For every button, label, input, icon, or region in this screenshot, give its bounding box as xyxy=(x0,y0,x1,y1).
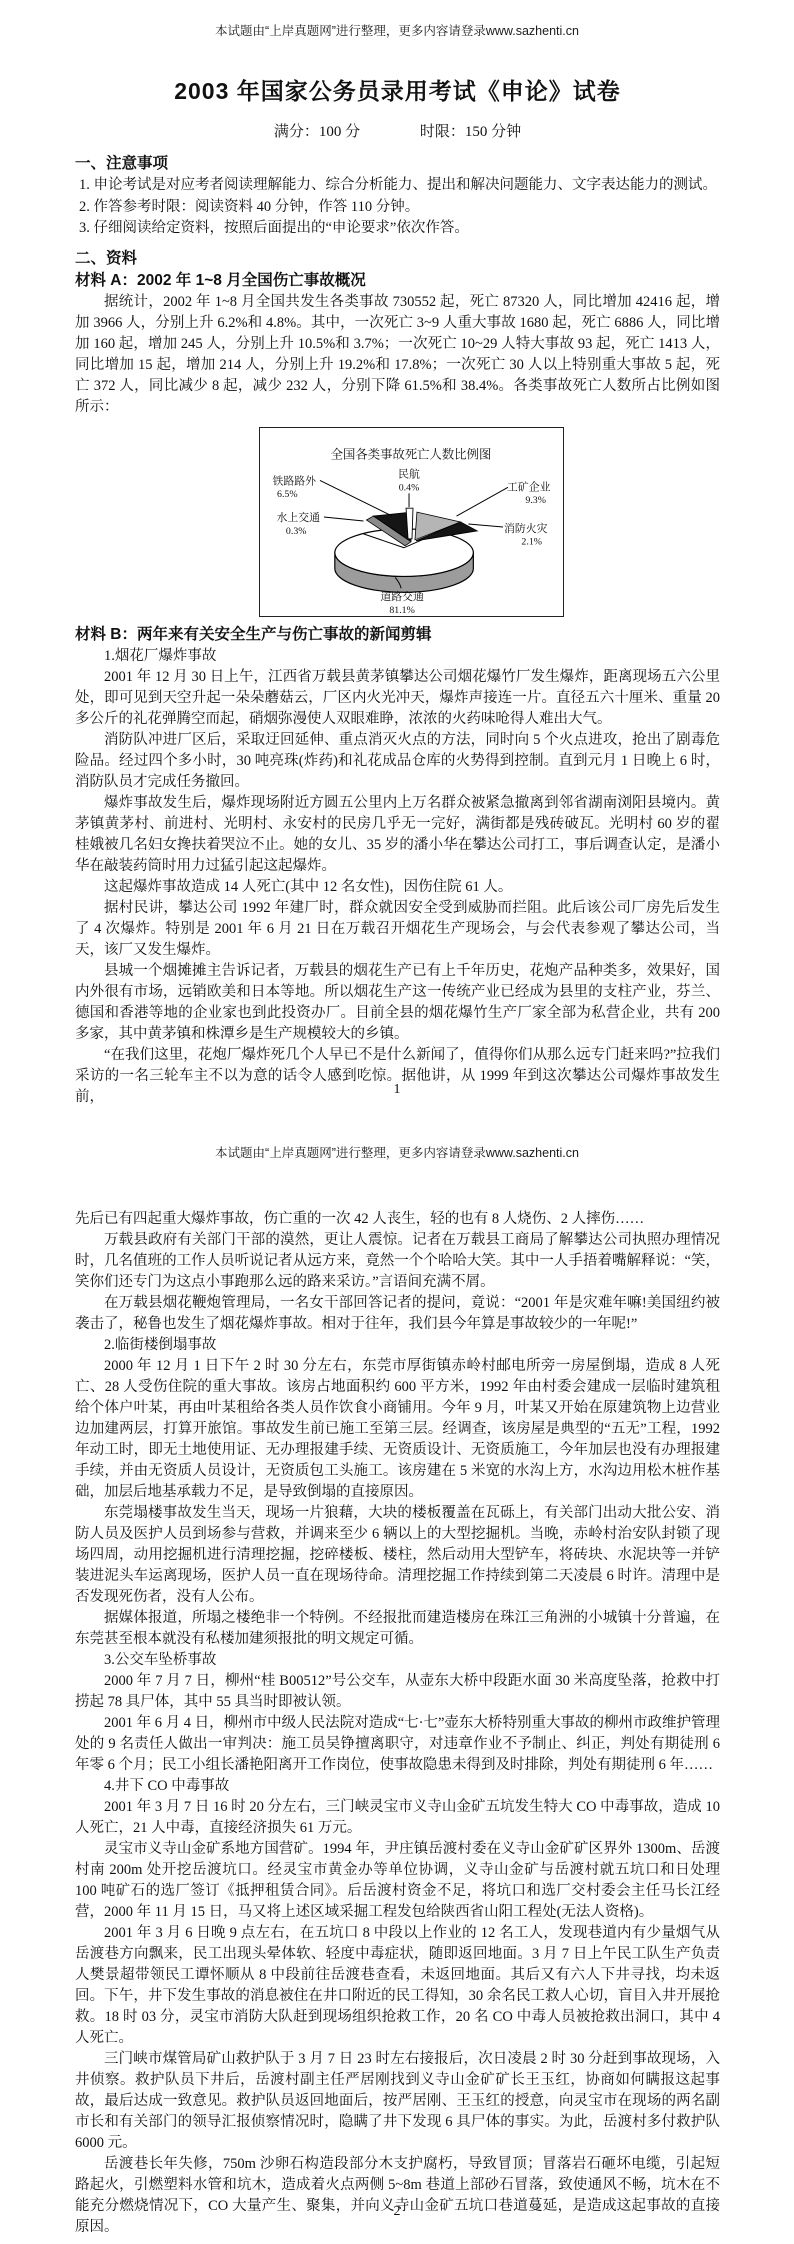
notice-heading: 一、注意事项 xyxy=(75,153,720,175)
story-1-paragraph: 据村民讲，攀达公司 1992 年建厂时，群众就因安全受到威胁而拦阻。此后该公司厂… xyxy=(75,898,720,961)
leader-line-fire xyxy=(468,523,503,526)
leader-line-industry-mining xyxy=(457,487,508,516)
story-4-title: 4.井下 CO 中毒事故 xyxy=(75,1776,720,1797)
paragraph: 东莞塌楼事故发生当天，现场一片狼藉，大块的楼板覆盖在瓦砾上，有关部门出动大批公安… xyxy=(75,1503,720,1608)
paragraph: 三门峡市煤管局矿山救护队于 3 月 7 日 23 时左右接报后，次日凌晨 2 时… xyxy=(75,2049,720,2154)
slice-pct-railway: 6.5% xyxy=(277,489,298,500)
exam-document: 本试题由“上岸真题网”进行整理，更多内容请登录www.sazhenti.cn 2… xyxy=(0,0,794,2244)
material-a-heading: 材料 A：2002 年 1~8 月全国伤亡事故概况 xyxy=(75,270,720,292)
notice-item-2: 2. 作答参考时限：阅读资料 40 分钟，作答 110 分钟。 xyxy=(75,197,720,219)
notice-item-1: 1. 申论考试是对应考者阅读理解能力、综合分析能力、提出和解决问题能力、文字表达… xyxy=(75,175,720,197)
page-number-1: 1 xyxy=(0,1082,794,1098)
slice-label-road-traffic: 道路交通 xyxy=(380,589,424,603)
score-label: 满分：100 分 xyxy=(274,124,360,140)
leader-line-water-transport xyxy=(324,517,364,521)
paragraph: 先后已有四起重大爆炸事故，伤亡重的一次 42 人丧生，轻的也有 8 人烧伤、2 … xyxy=(75,1209,720,1230)
paragraph: 岳渡巷长年失修，750m 沙卵石构造段部分木支护腐朽，导致冒顶；冒落岩石砸坏电缆… xyxy=(75,2154,720,2238)
slice-label-industry-mining: 工矿企业 xyxy=(507,479,551,493)
story-1-title: 1.烟花厂爆炸事故 xyxy=(75,646,720,667)
slice-label-railway: 铁路路外 xyxy=(272,473,317,487)
paragraph: 据媒体报道，所塌之楼绝非一个特例。不经报批而建造楼房在珠江三角洲的小城镇十分普遍… xyxy=(75,1608,720,1650)
accident-pie-chart: 全国各类事故死亡人数比例图 xyxy=(260,428,563,616)
paragraph: 万载县政府有关部门干部的漠然，更让人震惊。记者在万载县工商局了解攀达公司执照办理… xyxy=(75,1230,720,1293)
slice-pct-water-transport: 0.3% xyxy=(286,525,307,536)
paragraph: 在万载县烟花鞭炮管理局，一名女干部回答记者的提问，竟说：“2001 年是灾难年嘛… xyxy=(75,1293,720,1335)
time-limit-label: 时限：150 分钟 xyxy=(420,124,521,140)
slice-label-water-transport: 水上交通 xyxy=(276,510,320,524)
material-section-heading: 二、资料 xyxy=(75,248,720,270)
story-1-paragraph: 这起爆炸事故造成 14 人死亡(其中 12 名女性)，因伤住院 61 人。 xyxy=(75,877,720,898)
paragraph: 2001 年 3 月 7 日 16 时 20 分左右，三门峡灵宝市义寺山金矿五坑… xyxy=(75,1797,720,1839)
paragraph: 2000 年 7 月 7 日，柳州“桂 B00512”号公交车，从壶东大桥中段距… xyxy=(75,1671,720,1713)
slice-pct-road-traffic: 81.1% xyxy=(389,605,415,616)
page-1-content: 2003 年国家公务员录用考试《申论》试卷 满分：100 分 时限：150 分钟… xyxy=(0,73,794,1108)
paragraph: 2000 年 12 月 1 日下午 2 时 30 分左右，东莞市厚街镇赤岭村邮电… xyxy=(75,1356,720,1503)
story-1-paragraph: 2001 年 12 月 30 日上午，江西省万载县黄茅镇攀达公司烟花爆竹厂发生爆… xyxy=(75,667,720,730)
story-3-title: 3.公交车坠桥事故 xyxy=(75,1650,720,1671)
slice-pct-fire: 2.1% xyxy=(521,536,542,547)
paragraph: 2001 年 3 月 6 日晚 9 点左右，在五坑口 8 中段以上作业的 12 … xyxy=(75,1923,720,2049)
story-2-title: 2.临街楼倒塌事故 xyxy=(75,1335,720,1356)
material-b-heading: 材料 B：两年来有关安全生产与伤亡事故的新闻剪辑 xyxy=(75,624,720,646)
page-2-content: 先后已有四起重大爆炸事故，伤亡重的一次 42 人丧生，轻的也有 8 人烧伤、2 … xyxy=(0,1161,794,2238)
paragraph: 灵宝市义寺山金矿系地方国营矿。1994 年，尹庄镇岳渡村委在义寺山金矿矿区界外 … xyxy=(75,1839,720,1923)
notice-item-3: 3. 仔细阅读给定资料，按照后面提出的“申论要求”依次作答。 xyxy=(75,218,720,240)
exam-meta: 满分：100 分 时限：150 分钟 xyxy=(75,120,720,141)
slice-pct-civil-aviation: 0.4% xyxy=(399,482,420,493)
story-1-paragraph: 爆炸事故发生后，爆炸现场附近方圆五公里内上万名群众被紧急撤离到邻省湖南浏阳县境内… xyxy=(75,793,720,877)
accident-pie-chart-figure: 全国各类事故死亡人数比例图 xyxy=(259,427,564,617)
slice-label-fire: 消防火灾 xyxy=(504,520,548,534)
page-2: 本试题由“上岸真题网”进行整理，更多内容请登录www.sazhenti.cn 先… xyxy=(0,1122,794,2244)
page-1: 本试题由“上岸真题网”进行整理，更多内容请登录www.sazhenti.cn 2… xyxy=(0,0,794,1122)
paragraph: 2001 年 6 月 4 日，柳州市中级人民法院对造成“七·七”壶东大桥特别重大… xyxy=(75,1713,720,1776)
story-1-paragraph: 消防队冲进厂区后，采取迂回延伸、重点消灭火点的方法，同时向 5 个火点进攻，抢出… xyxy=(75,730,720,793)
site-note: 本试题由“上岸真题网”进行整理，更多内容请登录www.sazhenti.cn xyxy=(0,1122,794,1161)
slice-pct-industry-mining: 9.3% xyxy=(525,495,546,506)
site-note: 本试题由“上岸真题网”进行整理，更多内容请登录www.sazhenti.cn xyxy=(0,0,794,39)
story-1-paragraph: 县城一个烟摊摊主告诉记者，万载县的烟花生产已有上千年历史，花炮产品种类多，效果好… xyxy=(75,961,720,1045)
slice-label-civil-aviation: 民航 xyxy=(398,467,420,480)
story-1-paragraph: “在我们这里，花炮厂爆炸死几个人早已不是什么新闻了，值得你们从那么远专门赶来吗?… xyxy=(75,1045,720,1108)
material-a-paragraph: 据统计，2002 年 1~8 月全国共发生各类事故 730552 起，死亡 87… xyxy=(75,292,720,418)
exam-title: 2003 年国家公务员录用考试《申论》试卷 xyxy=(75,73,720,106)
chart-title: 全国各类事故死亡人数比例图 xyxy=(331,446,492,461)
leader-line-railway xyxy=(320,480,392,516)
page-number-2: 2 xyxy=(0,2204,794,2220)
